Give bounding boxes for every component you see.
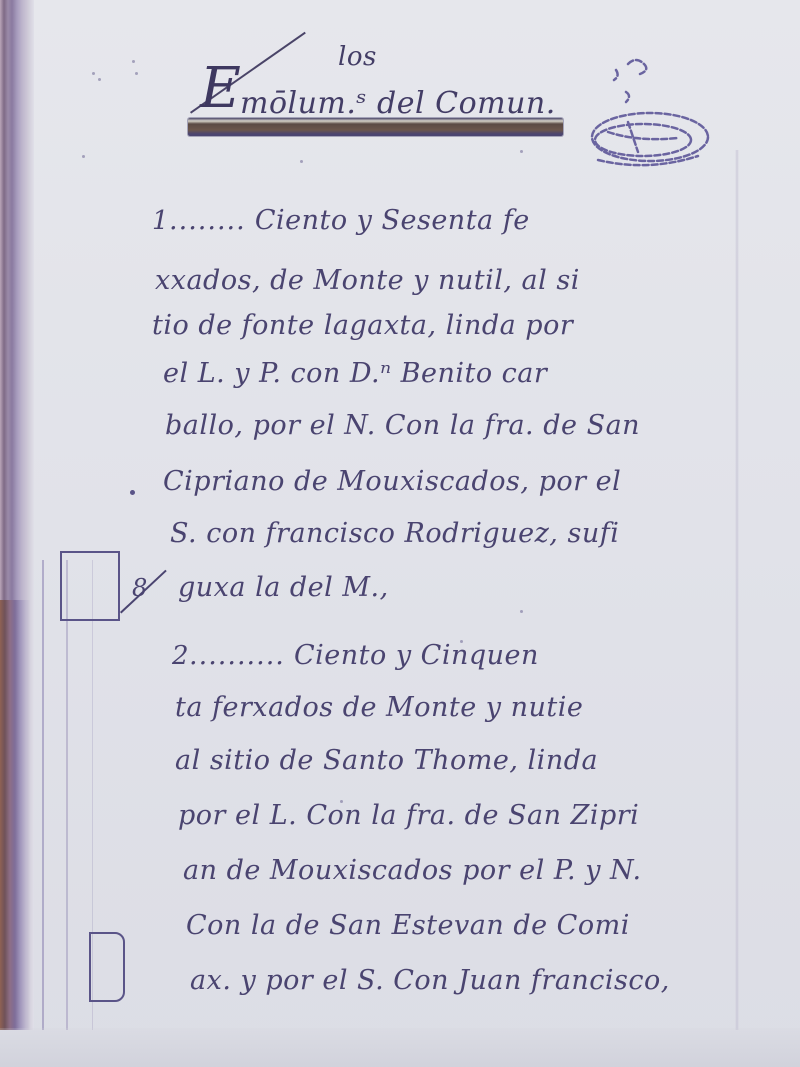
title-initial: E (200, 56, 241, 121)
manuscript-page: E los mōlum.ˢ del Comun. 1........ Cient… (0, 0, 800, 1067)
page-heading: E los mōlum.ˢ del Comun. (188, 40, 578, 150)
margin-dot (130, 490, 135, 495)
entry-1-line-7: S. con francisco Rodriguez, sufi (170, 518, 619, 549)
entry-text: Ciento y Sesenta fe (255, 205, 530, 236)
margin-mark: 8 (132, 574, 147, 602)
title-underline-bar (188, 118, 563, 136)
entry-2-line-3: al sitio de Santo Thome, linda (175, 745, 598, 776)
entry-leader: .......... (189, 640, 285, 671)
entry-2-line-1: 2.......... Ciento y Cinquen (172, 640, 539, 671)
entry-1-line-3: tio de fonte lagaxta, linda por (152, 310, 573, 341)
entry-2-line-2: ta ferxados de Monte y nutie (175, 692, 583, 723)
entry-number: 2 (172, 641, 189, 671)
entry-2-line-6: Con la de San Estevan de Comi (186, 910, 630, 941)
entry-2-line-7: ax. y por el S. Con Juan francisco, (190, 965, 670, 996)
page-edge-line (42, 560, 44, 1030)
entry-number: 1 (152, 206, 169, 236)
decorative-flourish-icon (588, 52, 728, 172)
entry-2-line-4: por el L. Con la fra. de San Zipri (178, 800, 639, 831)
entry-1-line-2: xxados, de Monte y nutil, al si (155, 265, 580, 296)
margin-box-entry-2 (89, 932, 125, 1002)
book-gutter-shadow (0, 600, 30, 1030)
paper-edge (735, 150, 739, 1030)
margin-box-entry-1 (60, 551, 120, 621)
title-superscript: los (338, 42, 377, 72)
entry-1-line-1: 1........ Ciento y Sesenta fe (152, 205, 530, 236)
title-text: mōlum.ˢ del Comun. (240, 86, 556, 121)
entry-2-line-5: an de Mouxiscados por el P. y N. (183, 855, 642, 886)
entry-text: Ciento y Cinquen (294, 640, 539, 671)
entry-1-line-5: ballo, por el N. Con la fra. de San (165, 410, 640, 441)
entry-1-line-8: guxa la del M., (178, 572, 389, 603)
entry-1-line-4: el L. y P. con D.ⁿ Benito car (163, 358, 547, 389)
entry-1-line-6: Cipriano de Mouxiscados, por el (163, 466, 621, 497)
page-edge-line (66, 560, 68, 1030)
bottom-shadow (0, 1028, 800, 1067)
entry-leader: ........ (169, 205, 246, 236)
